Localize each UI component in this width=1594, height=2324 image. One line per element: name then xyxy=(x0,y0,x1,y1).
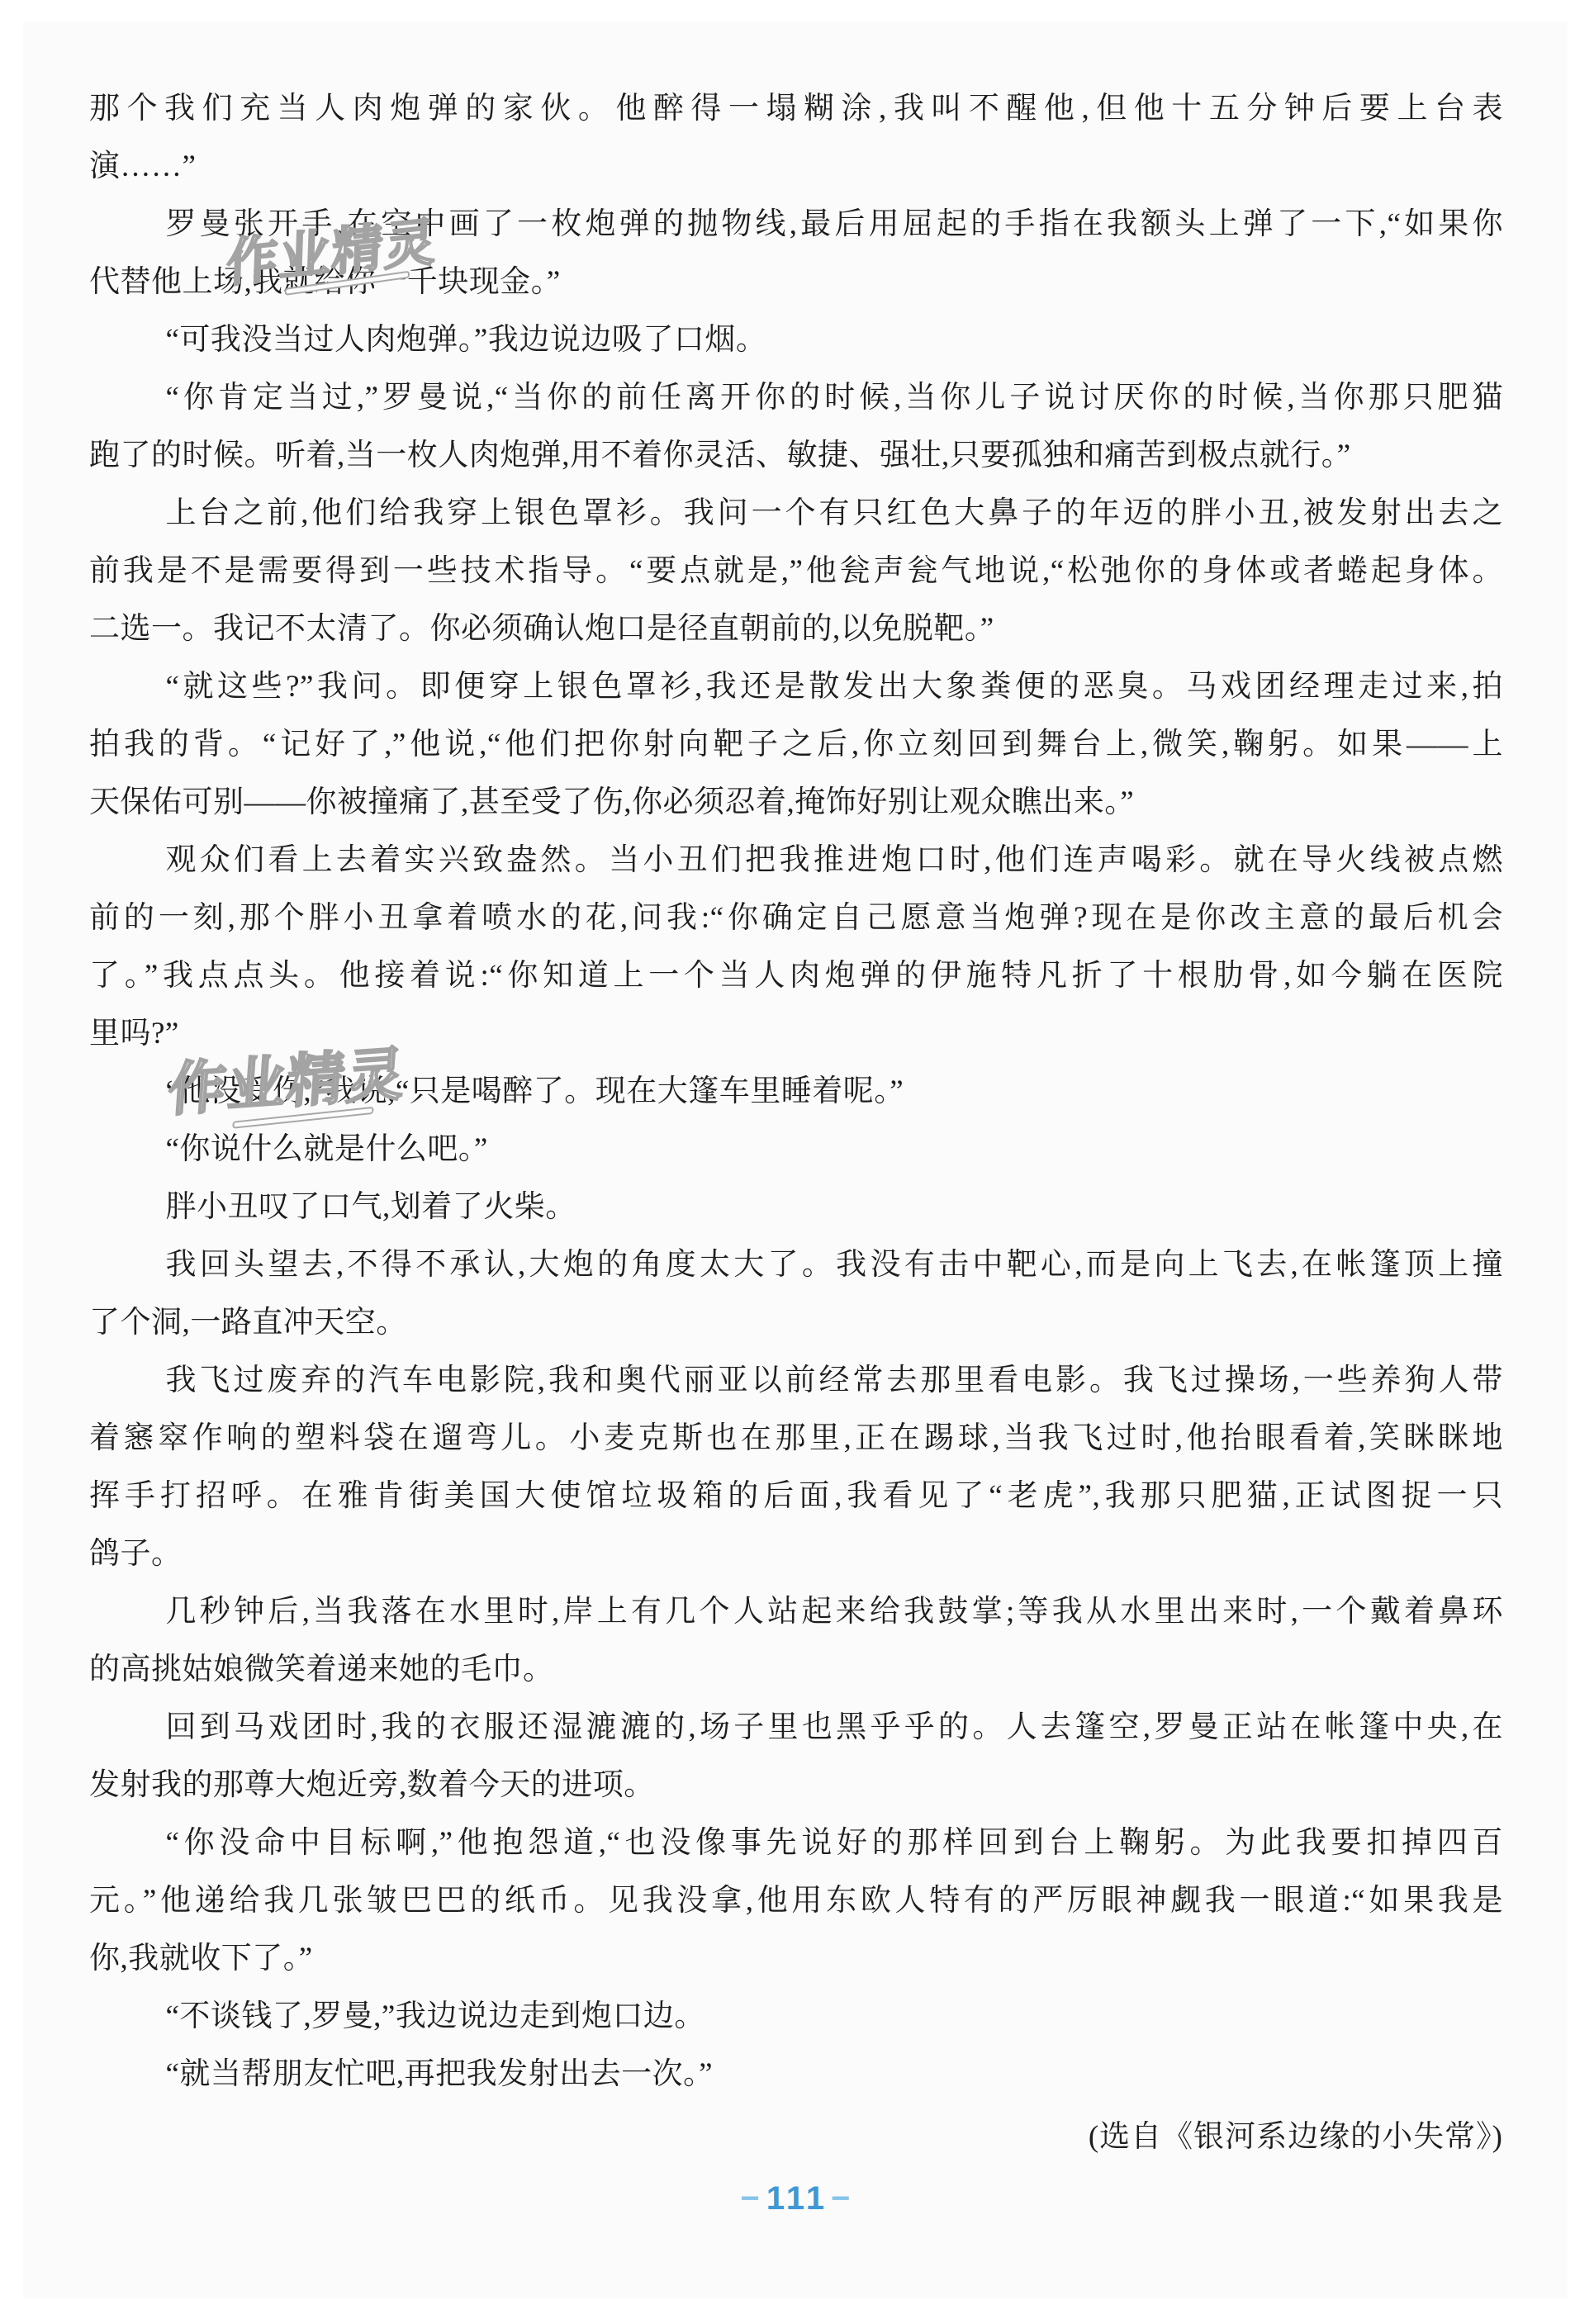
passage-line: “你肯定当过,”罗曼说,“当你的前任离开你的时候,当你儿子说讨厌你的时候,当你那… xyxy=(89,369,1503,427)
passage-line: 拍我的背。“记好了,”他说,“他们把你射向靶子之后,你立刻回到舞台上,微笑,鞠躬… xyxy=(89,716,1503,774)
passage-line: 挥手打招呼。在雅肯街美国大使馆垃圾箱的后面,我看见了“老虎”,我那只肥猫,正试图… xyxy=(89,1468,1503,1525)
passage-line: 鸽子。 xyxy=(89,1525,1503,1583)
passage-line: 跑了的时候。听着,当一枚人肉炮弹,用不着你灵活、敏捷、强壮,只要孤独和痛苦到极点… xyxy=(89,427,1503,485)
passage-line: 的高挑姑娘微笑着递来她的毛巾。 xyxy=(89,1641,1503,1699)
passage-line: 观众们看上去着实兴致盎然。当小丑们把我推进炮口时,他们连声喝彩。就在导火线被点燃 xyxy=(89,832,1503,889)
passage-line: 二选一。我记不太清了。你必须确认炮口是径直朝前的,以免脱靶。” xyxy=(89,600,1503,658)
page-number: −111− xyxy=(0,2180,1594,2217)
passage-line: “可我没当过人肉炮弹。”我边说边吸了口烟。 xyxy=(89,311,1503,369)
passage-line: “就这些?”我问。即便穿上银色罩衫,我还是散发出大象粪便的恶臭。马戏团经理走过来… xyxy=(89,658,1503,716)
passage-line: 前我是不是需要得到一些技术指导。“要点就是,”他瓮声瓮气地说,“松弛你的身体或者… xyxy=(89,543,1503,600)
passage-line: 回到马戏团时,我的衣服还湿漉漉的,场子里也黑乎乎的。人去篷空,罗曼正站在帐篷中央… xyxy=(89,1699,1503,1757)
passage-line: 了。”我点点头。他接着说:“你知道上一个当人肉炮弹的伊施特凡折了十根肋骨,如今躺… xyxy=(89,947,1503,1005)
source-attribution: (选自《银河系边缘的小失常》) xyxy=(89,2116,1503,2159)
scanned-page: { "document": { "passage_lines": [ {"tex… xyxy=(0,0,1594,2324)
passage-line: 几秒钟后,当我落在水里时,岸上有几个人站起来给我鼓掌;等我从水里出来时,一个戴着… xyxy=(89,1583,1503,1641)
passage-line: 我飞过废弃的汽车电影院,我和奥代丽亚以前经常去那里看电影。我飞过操场,一些养狗人… xyxy=(89,1352,1503,1410)
watermark-middle: 作业精灵 xyxy=(166,1027,409,1128)
page-number-value: 111 xyxy=(766,2180,828,2217)
passage-line: 演……” xyxy=(89,138,1503,196)
passage-line: “你说什么就是什么吧。” xyxy=(89,1121,1503,1179)
page-number-right-dash: − xyxy=(831,2180,853,2217)
passage-line: 你,我就收下了。” xyxy=(89,1930,1503,1988)
passage-line: 那个我们充当人肉炮弹的家伙。他醉得一塌糊涂,我叫不醒他,但他十五分钟后要上台表 xyxy=(89,80,1503,138)
passage-line: “你没命中目标啊,”他抱怨道,“也没像事先说好的那样回到台上鞠躬。为此我要扣掉四… xyxy=(89,1814,1503,1872)
passage-line: 前的一刻,那个胖小丑拿着喷水的花,问我:“你确定自己愿意当炮弹?现在是你改主意的… xyxy=(89,889,1503,947)
passage-line: 元。”他递给我几张皱巴巴的纸币。见我没拿,他用东欧人特有的严厉眼神觑我一眼道:“… xyxy=(89,1872,1503,1930)
passage-line: 我回头望去,不得不承认,大炮的角度太大了。我没有击中靶心,而是向上飞去,在帐篷顶… xyxy=(89,1236,1503,1294)
page-number-left-dash: − xyxy=(740,2180,762,2217)
passage-line: 了个洞,一路直冲天空。 xyxy=(89,1294,1503,1352)
passage-line: 胖小丑叹了口气,划着了火柴。 xyxy=(89,1179,1503,1236)
passage-line: 天保佑可别——你被撞痛了,甚至受了伤,你必须忍着,掩饰好别让观众瞧出来。” xyxy=(89,774,1503,832)
passage-line: “就当帮朋友忙吧,再把我发射出去一次。” xyxy=(89,2046,1503,2103)
passage-line: 发射我的那尊大炮近旁,数着今天的进项。 xyxy=(89,1757,1503,1814)
passage-line: 上台之前,他们给我穿上银色罩衫。我问一个有只红色大鼻子的年迈的胖小丑,被发射出去… xyxy=(89,485,1503,543)
passage-line: “不谈钱了,罗曼,”我边说边走到炮口边。 xyxy=(89,1988,1503,2046)
passage-line: 着窸窣作响的塑料袋在遛弯儿。小麦克斯也在那里,正在踢球,当我飞过时,他抬眼看着,… xyxy=(89,1410,1503,1468)
